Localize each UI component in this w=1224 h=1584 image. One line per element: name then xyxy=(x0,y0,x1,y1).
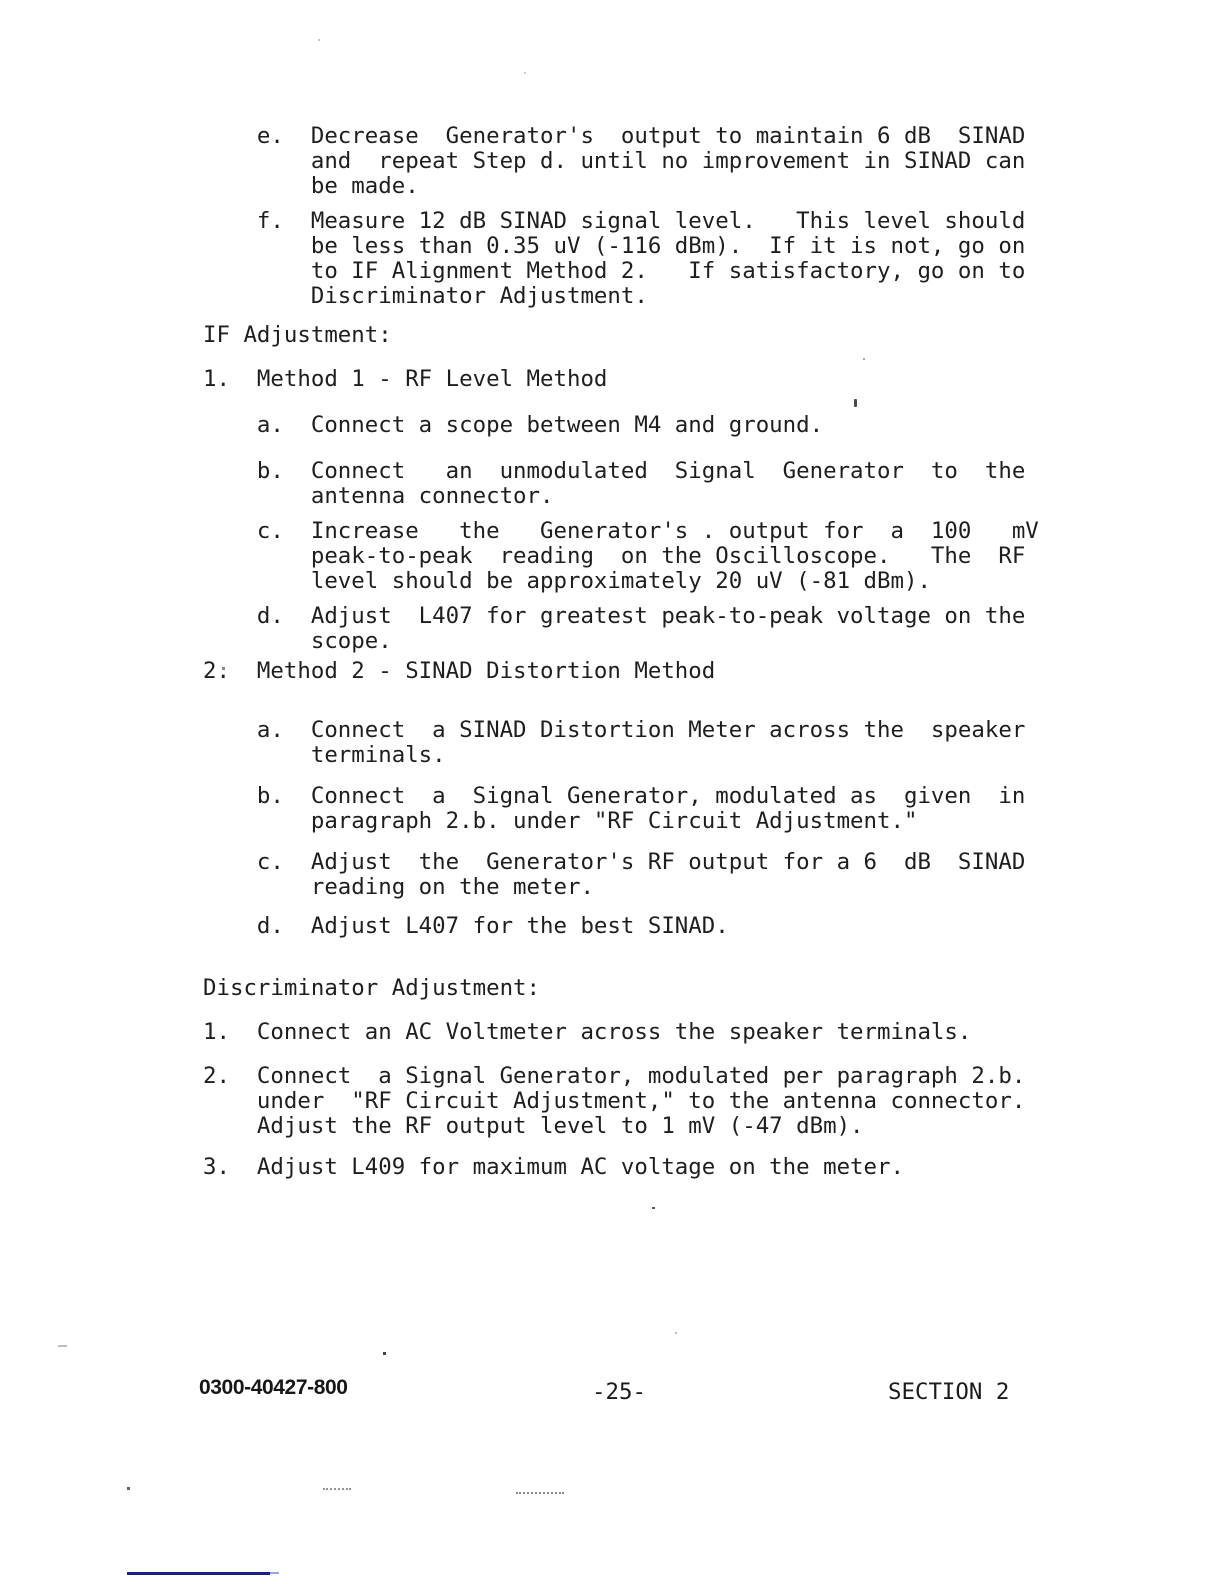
method2-step-a: a. Connect a SINAD Distortion Meter acro… xyxy=(203,718,1025,768)
method1-step-a: a. Connect a scope between M4 and ground… xyxy=(203,413,823,438)
method2-step-c: c. Adjust the Generator's RF output for … xyxy=(203,850,1025,900)
method1-heading: 1. Method 1 - RF Level Method xyxy=(203,367,607,392)
method1-step-c: c. Increase the Generator's . output for… xyxy=(203,519,1039,594)
scan-speckle xyxy=(318,39,320,41)
scan-speckle-dashes xyxy=(516,1492,564,1494)
bottom-blue-rule-tail xyxy=(270,1572,279,1574)
scan-speckle xyxy=(383,1352,386,1355)
discriminator-step-3: 3. Adjust L409 for maximum AC voltage on… xyxy=(203,1155,904,1180)
step-f-paragraph: f. Measure 12 dB SINAD signal level. Thi… xyxy=(203,209,1025,309)
scan-speckle xyxy=(863,358,865,360)
scan-speckle xyxy=(524,72,526,74)
scan-speckle xyxy=(127,1487,130,1490)
scan-speckle xyxy=(222,667,225,670)
scan-speckle xyxy=(652,1207,655,1209)
discriminator-heading: Discriminator Adjustment: xyxy=(203,976,540,1001)
scanned-manual-page: e. Decrease Generator's output to mainta… xyxy=(0,0,1224,1584)
if-adjustment-heading: IF Adjustment: xyxy=(203,323,392,348)
footer-document-number: 0300-40427-800 xyxy=(199,1376,348,1400)
scan-speckle-apostrophe xyxy=(854,399,857,407)
scan-speckle xyxy=(675,1332,677,1334)
method2-heading: 2. Method 2 - SINAD Distortion Method xyxy=(203,659,715,684)
method2-step-b: b. Connect a Signal Generator, modulated… xyxy=(203,784,1025,834)
scan-speckle-dashes xyxy=(323,1488,351,1490)
footer-section-label: SECTION 2 xyxy=(888,1379,1009,1405)
footer-page-number: -25- xyxy=(592,1379,646,1405)
method1-step-b: b. Connect an unmodulated Signal Generat… xyxy=(203,459,1025,509)
scan-speckle xyxy=(58,1345,67,1347)
method1-step-d: d. Adjust L407 for greatest peak-to-peak… xyxy=(203,604,1025,654)
bottom-blue-rule xyxy=(127,1572,270,1575)
discriminator-step-2: 2. Connect a Signal Generator, modulated… xyxy=(203,1064,1025,1139)
step-e-paragraph: e. Decrease Generator's output to mainta… xyxy=(203,124,1025,199)
discriminator-step-1: 1. Connect an AC Voltmeter across the sp… xyxy=(203,1020,971,1045)
method2-step-d: d. Adjust L407 for the best SINAD. xyxy=(203,914,729,939)
